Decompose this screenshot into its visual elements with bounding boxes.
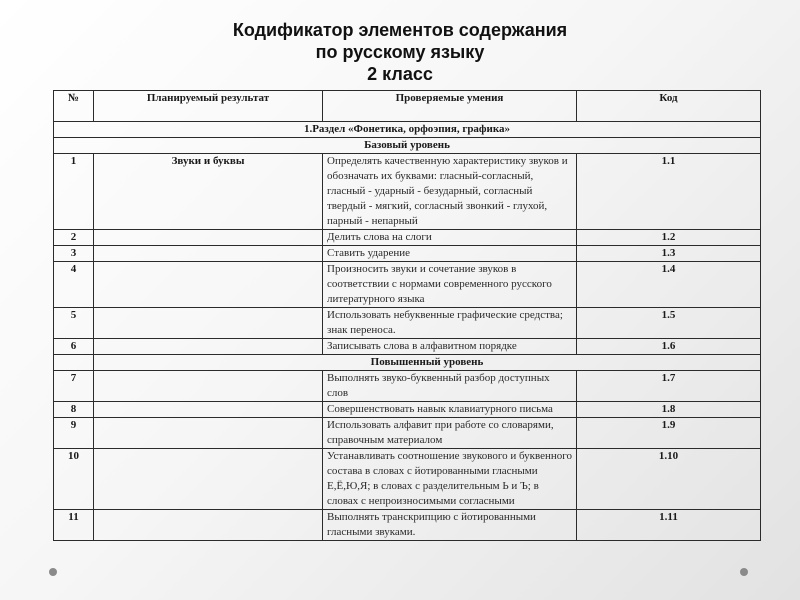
row-planned-result bbox=[94, 371, 323, 402]
table-row: 7Выполнять звуко-буквенный разбор доступ… bbox=[54, 371, 761, 402]
header-checked-skills: Проверяемые умения bbox=[323, 91, 577, 122]
row-planned-result bbox=[94, 339, 323, 355]
advanced-level-num-cell bbox=[54, 355, 94, 371]
bullet-dot-left bbox=[49, 568, 57, 576]
row-skill: Ставить ударение bbox=[323, 246, 577, 262]
row-skill: Устанавливать соотношение звукового и бу… bbox=[323, 449, 577, 510]
table-row: 3Ставить ударение1.3 bbox=[54, 246, 761, 262]
row-code: 1.9 bbox=[577, 418, 761, 449]
row-skill: Произносить звуки и сочетание звуков в с… bbox=[323, 262, 577, 308]
basic-level-label: Базовый уровень bbox=[54, 138, 761, 154]
advanced-level-row: Повышенный уровень bbox=[54, 355, 761, 371]
row-code: 1.6 bbox=[577, 339, 761, 355]
row-number: 11 bbox=[54, 510, 94, 541]
table-row: 5Использовать небуквенные графические ср… bbox=[54, 308, 761, 339]
header-planned-result: Планируемый результат bbox=[94, 91, 323, 122]
row-code: 1.2 bbox=[577, 230, 761, 246]
row-code: 1.4 bbox=[577, 262, 761, 308]
row-number: 4 bbox=[54, 262, 94, 308]
row-skill: Записывать слова в алфавитном порядке bbox=[323, 339, 577, 355]
section-row: 1.Раздел «Фонетика, орфоэпия, графика» bbox=[54, 122, 761, 138]
row-skill: Совершенствовать навык клавиатурного пис… bbox=[323, 402, 577, 418]
row-skill: Использовать небуквенные графические сре… bbox=[323, 308, 577, 339]
advanced-level-label: Повышенный уровень bbox=[94, 355, 761, 371]
row-number: 10 bbox=[54, 449, 94, 510]
row-planned-result bbox=[94, 510, 323, 541]
row-skill: Выполнять транскрипцию с йотированными г… bbox=[323, 510, 577, 541]
row-planned-result bbox=[94, 402, 323, 418]
row-skill: Делить слова на слоги bbox=[323, 230, 577, 246]
row-code: 1.3 bbox=[577, 246, 761, 262]
row-code: 1.5 bbox=[577, 308, 761, 339]
row-number: 5 bbox=[54, 308, 94, 339]
table-row: 10Устанавливать соотношение звукового и … bbox=[54, 449, 761, 510]
row-planned-result bbox=[94, 418, 323, 449]
row-planned-result bbox=[94, 449, 323, 510]
table-row: 2Делить слова на слоги1.2 bbox=[54, 230, 761, 246]
row-code: 1.10 bbox=[577, 449, 761, 510]
row-number: 1 bbox=[54, 154, 94, 230]
table-row: 4Произносить звуки и сочетание звуков в … bbox=[54, 262, 761, 308]
section-title: 1.Раздел «Фонетика, орфоэпия, графика» bbox=[54, 122, 761, 138]
codifier-table: № Планируемый результат Проверяемые умен… bbox=[53, 90, 761, 541]
title-line-1: Кодификатор элементов содержания bbox=[0, 19, 800, 41]
row-code: 1.7 bbox=[577, 371, 761, 402]
row-number: 8 bbox=[54, 402, 94, 418]
table-row: 8Совершенствовать навык клавиатурного пи… bbox=[54, 402, 761, 418]
row-number: 6 bbox=[54, 339, 94, 355]
table-header-row: № Планируемый результат Проверяемые умен… bbox=[54, 91, 761, 122]
table-row: 6Записывать слова в алфавитном порядке1.… bbox=[54, 339, 761, 355]
row-number: 3 bbox=[54, 246, 94, 262]
row-planned-result: Звуки и буквы bbox=[94, 154, 323, 230]
title-line-3: 2 класс bbox=[0, 63, 800, 85]
row-skill: Определять качественную характеристику з… bbox=[323, 154, 577, 230]
basic-level-row: Базовый уровень bbox=[54, 138, 761, 154]
row-skill: Использовать алфавит при работе со слова… bbox=[323, 418, 577, 449]
header-num: № bbox=[54, 91, 94, 122]
row-number: 2 bbox=[54, 230, 94, 246]
row-planned-result bbox=[94, 262, 323, 308]
table-row: 11Выполнять транскрипцию с йотированными… bbox=[54, 510, 761, 541]
table-row: 1Звуки и буквыОпределять качественную ха… bbox=[54, 154, 761, 230]
row-code: 1.1 bbox=[577, 154, 761, 230]
row-planned-result bbox=[94, 308, 323, 339]
row-skill: Выполнять звуко-буквенный разбор доступн… bbox=[323, 371, 577, 402]
title-line-2: по русскому языку bbox=[0, 41, 800, 63]
bullet-dot-right bbox=[740, 568, 748, 576]
row-number: 9 bbox=[54, 418, 94, 449]
row-code: 1.8 bbox=[577, 402, 761, 418]
row-planned-result bbox=[94, 230, 323, 246]
row-code: 1.11 bbox=[577, 510, 761, 541]
row-number: 7 bbox=[54, 371, 94, 402]
table-row: 9Использовать алфавит при работе со слов… bbox=[54, 418, 761, 449]
header-code: Код bbox=[577, 91, 761, 122]
page-title: Кодификатор элементов содержания по русс… bbox=[0, 19, 800, 85]
row-planned-result bbox=[94, 246, 323, 262]
